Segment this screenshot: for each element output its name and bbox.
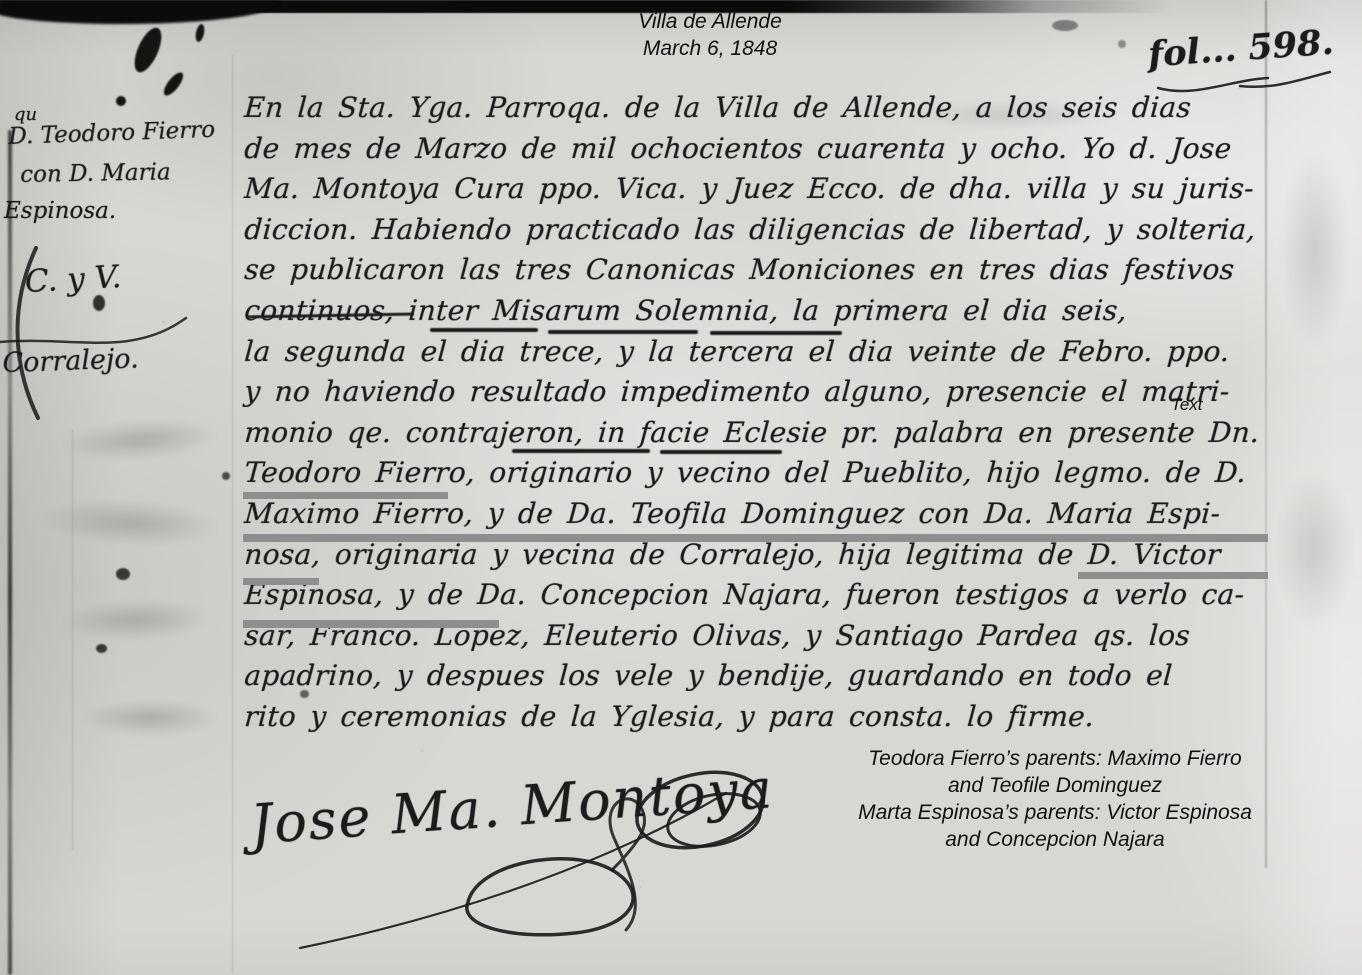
manuscript-line: diccion. Habiendo practicado las diligen… xyxy=(243,210,1306,251)
bleedthrough-smudge xyxy=(59,414,221,465)
manuscript-line: la segunda el dia trece, y la tercera el… xyxy=(243,332,1306,373)
margin-abbrev: qu xyxy=(14,104,37,125)
ink-blot xyxy=(161,70,187,99)
overlay-place-label: Villa de Allende xyxy=(560,8,860,35)
margin-column-rule xyxy=(232,55,233,973)
highlight-underline-victor xyxy=(1078,572,1268,579)
overlay-parents-note: Teodora Fierro’s parents: Maximo Fierro … xyxy=(845,745,1265,853)
manuscript-line: Maximo Fierro, y de Da. Teofila Domingue… xyxy=(243,494,1306,535)
book-binding-edge xyxy=(8,130,12,975)
parents-note-line: and Teofile Dominguez xyxy=(845,772,1265,799)
overlay-text-marker: Text xyxy=(1171,395,1203,415)
bleedthrough-smudge xyxy=(59,597,210,642)
highlight-underline-nosa xyxy=(243,578,319,585)
ink-blot xyxy=(96,644,107,653)
manuscript-line: Ma. Montoya Cura ppo. Vica. y Juez Ecco.… xyxy=(243,169,1306,210)
manuscript-line: apadrino, y despues los vele y bendije, … xyxy=(243,656,1306,697)
ink-underline-misarum xyxy=(548,330,698,334)
ink-blot xyxy=(1052,20,1078,31)
margin-groom-name: D. Teodoro Fierro xyxy=(8,117,216,150)
ink-blot xyxy=(93,295,105,311)
ink-blot xyxy=(194,23,206,42)
margin-class-mark: C. y V. xyxy=(24,259,122,300)
bleedthrough-smudge xyxy=(39,495,221,550)
margin-con-line: con D. Maria xyxy=(20,159,171,188)
manuscript-line: En la Sta. Yga. Parroqa. de la Villa de … xyxy=(243,88,1306,129)
ink-blot xyxy=(116,568,130,580)
manuscript-line: se publicaron las tres Canonicas Monicio… xyxy=(243,250,1306,291)
manuscript-line: Espinosa, y de Da. Concepcion Najara, fu… xyxy=(243,575,1306,616)
highlight-underline-maximo-teofila-maria xyxy=(243,534,1268,542)
highlight-underline-concepcion-najara xyxy=(243,620,499,628)
parents-note-line: Teodora Fierro’s parents: Maximo Fierro xyxy=(845,745,1265,772)
ink-blot xyxy=(129,24,167,76)
parents-note-line: Marta Espinosa’s parents: Victor Espinos… xyxy=(845,799,1265,826)
ink-underline-inter xyxy=(430,328,538,332)
manuscript-line: Teodoro Fierro, originario y vecino del … xyxy=(243,453,1306,494)
manuscript-line: de mes de Marzo de mil ochocientos cuare… xyxy=(243,129,1306,170)
manuscript-body: En la Sta. Yga. Parroqa. de la Villa de … xyxy=(243,88,1303,738)
manuscript-line: y no haviendo resultado impedimento algu… xyxy=(243,372,1306,413)
ink-underline-solemnia xyxy=(710,331,842,335)
scanned-parish-record-page: Villa de Allende March 6, 1848 fol... 59… xyxy=(0,0,1362,975)
ink-blot xyxy=(1118,40,1126,48)
folio-number: fol... 598. xyxy=(1147,22,1335,76)
ink-blot xyxy=(116,96,126,106)
ink-underline-eclesie xyxy=(660,450,782,454)
margin-bride-name: Espinosa. xyxy=(4,198,116,224)
bleedthrough-smudge xyxy=(80,700,220,736)
parents-note-line: and Concepcion Najara xyxy=(845,826,1265,853)
overlay-date-label: March 6, 1848 xyxy=(560,35,860,62)
overlay-header-note: Villa de Allende March 6, 1848 xyxy=(560,8,860,62)
ink-underline-infacie xyxy=(512,449,650,453)
manuscript-line: rito y ceremonias de la Yglesia, y para … xyxy=(243,697,1306,738)
margin-place-name: Corralejo. xyxy=(2,343,139,379)
faint-margin-rule xyxy=(72,430,73,850)
ink-blot xyxy=(222,472,230,480)
highlight-underline-teodoro-fierro xyxy=(243,492,448,499)
priest-signature: Jose Ma. Montoya xyxy=(248,757,775,856)
manuscript-line: continuos, inter Misarum Solemnia, la pr… xyxy=(243,291,1306,332)
manuscript-line: monio qe. contrajeron, in facie Eclesie … xyxy=(243,413,1306,454)
